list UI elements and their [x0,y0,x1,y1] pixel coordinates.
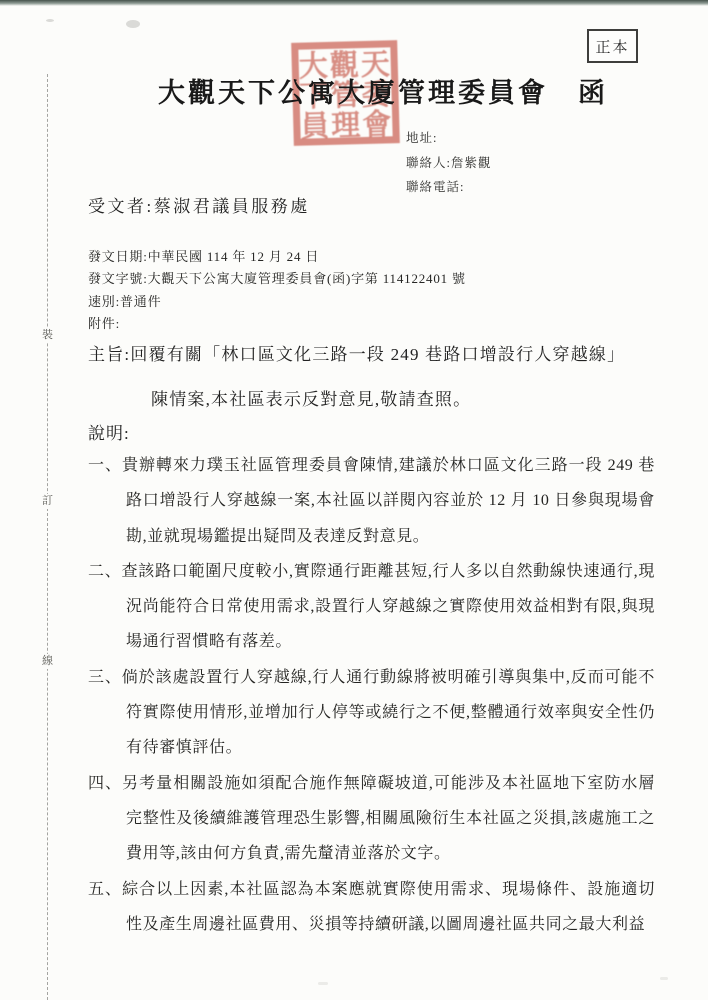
scan-edge-artifact [0,0,708,6]
letter-title: 大觀天下公寓大廈管理委員會 函 [58,71,708,110]
scan-speck [126,20,140,28]
sender-contact-person: 聯絡人:詹紫觀 [406,151,491,176]
recipient-line: 受文者:蔡淑君議員服務處 [88,192,310,217]
scan-smudge [660,977,668,980]
explanation-item-5: 五、綜合以上因素,本社區認為本案應就實際使用需求、現場條件、設施適切性及產生周邊… [88,872,655,943]
explanation-item-3: 三、倘於該處設置行人穿越線,行人通行動線將被明確引導與集中,反而可能不符實際使用… [88,660,655,766]
binding-mark-xian: 線 [39,654,56,669]
attachment-label: 附件: [88,313,466,335]
scanned-letter-page: 裝 訂 線 正本 大觀天 下管委 員理會 大觀天下公寓大廈管理委員會 函 地址:… [0,0,708,1000]
binding-dashed-line [47,74,48,1000]
copy-type-stamp: 正本 [587,29,638,63]
sender-address: 地址: [406,126,491,151]
subject-line-2: 陳情案,本社區表示反對意見,敬請查照。 [151,385,471,410]
subject-line-1: 主旨:回覆有關「林口區文化三路一段 249 巷路口增設行人穿越線」 [88,340,625,365]
explanation-items: 一、貴辦轉來力璞玉社區管理委員會陳情,建議於林口區文化三路一段 249 巷路口增… [88,448,655,942]
sender-contact-phone: 聯絡電話: [406,175,491,200]
document-number: 發文字號:大觀天下公寓大廈管理委員會(函)字第 114122401 號 [88,268,466,290]
explanation-item-2: 二、查該路口範圍尺度較小,實際通行距離甚短,行人多以自然動線快速通行,現況尚能符… [88,554,655,660]
copy-type-label: 正本 [595,36,629,57]
binding-mark-zhuang: 裝 [39,328,56,343]
explanation-label: 說明: [88,419,130,444]
scan-speck [46,19,54,22]
seal-script-row: 員理會 [300,107,394,143]
explanation-item-4: 四、另考量相關設施如須配合施作無障礙坡道,可能涉及本社區地下室防水層完整性及後續… [88,766,655,872]
sender-contact-block: 地址: 聯絡人:詹紫觀 聯絡電話: [406,126,491,200]
issue-date: 發文日期:中華民國 114 年 12 月 24 日 [88,246,466,268]
explanation-item-1: 一、貴辦轉來力璞玉社區管理委員會陳情,建議於林口區文化三路一段 249 巷路口增… [88,448,655,554]
scan-smudge [318,982,328,985]
document-meta-block: 發文日期:中華民國 114 年 12 月 24 日 發文字號:大觀天下公寓大廈管… [88,246,466,335]
binding-mark-ding: 訂 [39,494,56,509]
priority-level: 速別:普通件 [88,291,466,313]
